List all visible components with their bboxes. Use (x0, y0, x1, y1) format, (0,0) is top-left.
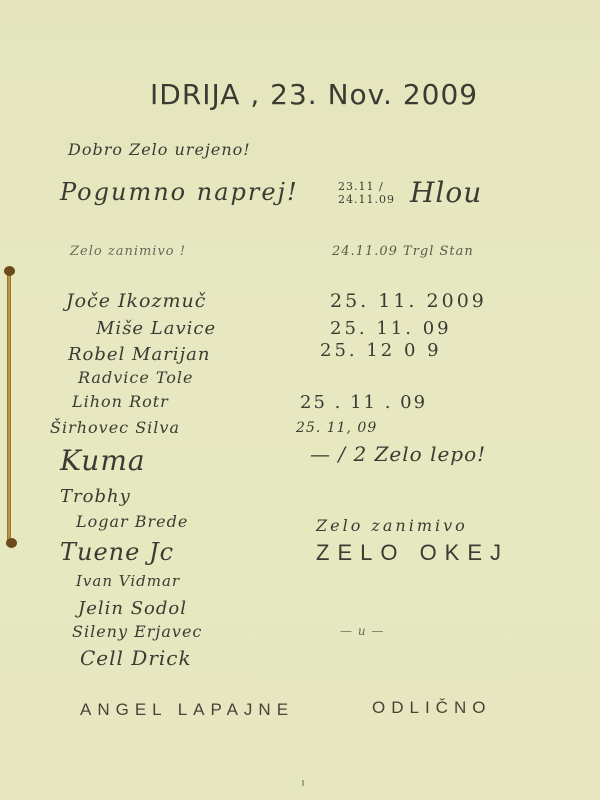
entry-7-left: Lihon Rotr (72, 392, 169, 411)
entry-4-right: 25. 11. 09 (330, 318, 452, 339)
entry-12-right: ZELO OKEJ (316, 540, 509, 566)
entry-7-right: 25 . 11 . 09 (300, 392, 427, 413)
scan-mark (302, 780, 304, 786)
entry-8-right: 25. 11, 09 (296, 420, 377, 436)
entry-2-right: 24.11.09 Trgl Stan (332, 244, 474, 259)
footer-name: ANGEL LAPAJNE (80, 700, 294, 720)
entry-5-right: 25. 12 0 9 (320, 340, 442, 361)
string-binding (7, 268, 11, 546)
guestbook-page: IDRIJA , 23. Nov. 2009 Dobro Zelo urejen… (0, 0, 600, 800)
entry-5-left: Robel Marijan (68, 344, 210, 365)
entry-14-left: Jelin Sodol (78, 598, 187, 619)
entry-11-right: Zelo zanimivo (316, 516, 468, 535)
entry-11-left: Logar Brede (76, 512, 188, 531)
entry-9-left: Kuma (60, 444, 146, 477)
page-heading: IDRIJA , 23. Nov. 2009 (150, 78, 478, 111)
entry-13-left: Ivan Vidmar (76, 572, 180, 590)
entry-4-left: Miše Lavice (96, 318, 216, 339)
entry-16-left: Cell Drick (80, 646, 192, 670)
binding-knot-bottom (6, 538, 17, 548)
entry-10-left: Trobhy (60, 486, 131, 507)
entry-0-left: Dobro Zelo urejeno! (68, 140, 251, 159)
entry-1-right: 23.11 / 24.11.09 (338, 180, 388, 206)
entry-15-right: — u — (340, 624, 384, 638)
entry-9-right: — / 2 Zelo lepo! (310, 442, 486, 466)
entry-1-left: Pogumno naprej! (60, 178, 299, 206)
entry-6-left: Radvice Tole (78, 368, 194, 387)
entry-15-left: Sileny Erjavec (72, 622, 202, 641)
footer-comment: ODLIČNO (372, 698, 491, 718)
binding-knot-top (4, 266, 15, 276)
entry-3-left: Joče Ikozmuč (66, 290, 206, 312)
entry-8-left: Širhovec Silva (50, 418, 180, 437)
entry-2-left: Zelo zanimivo ! (70, 244, 186, 259)
entry-12-left: Tuene Jc (60, 538, 174, 566)
entry-3-right: 25. 11. 2009 (330, 290, 487, 312)
entry-1-signature: Hlou (410, 176, 482, 209)
